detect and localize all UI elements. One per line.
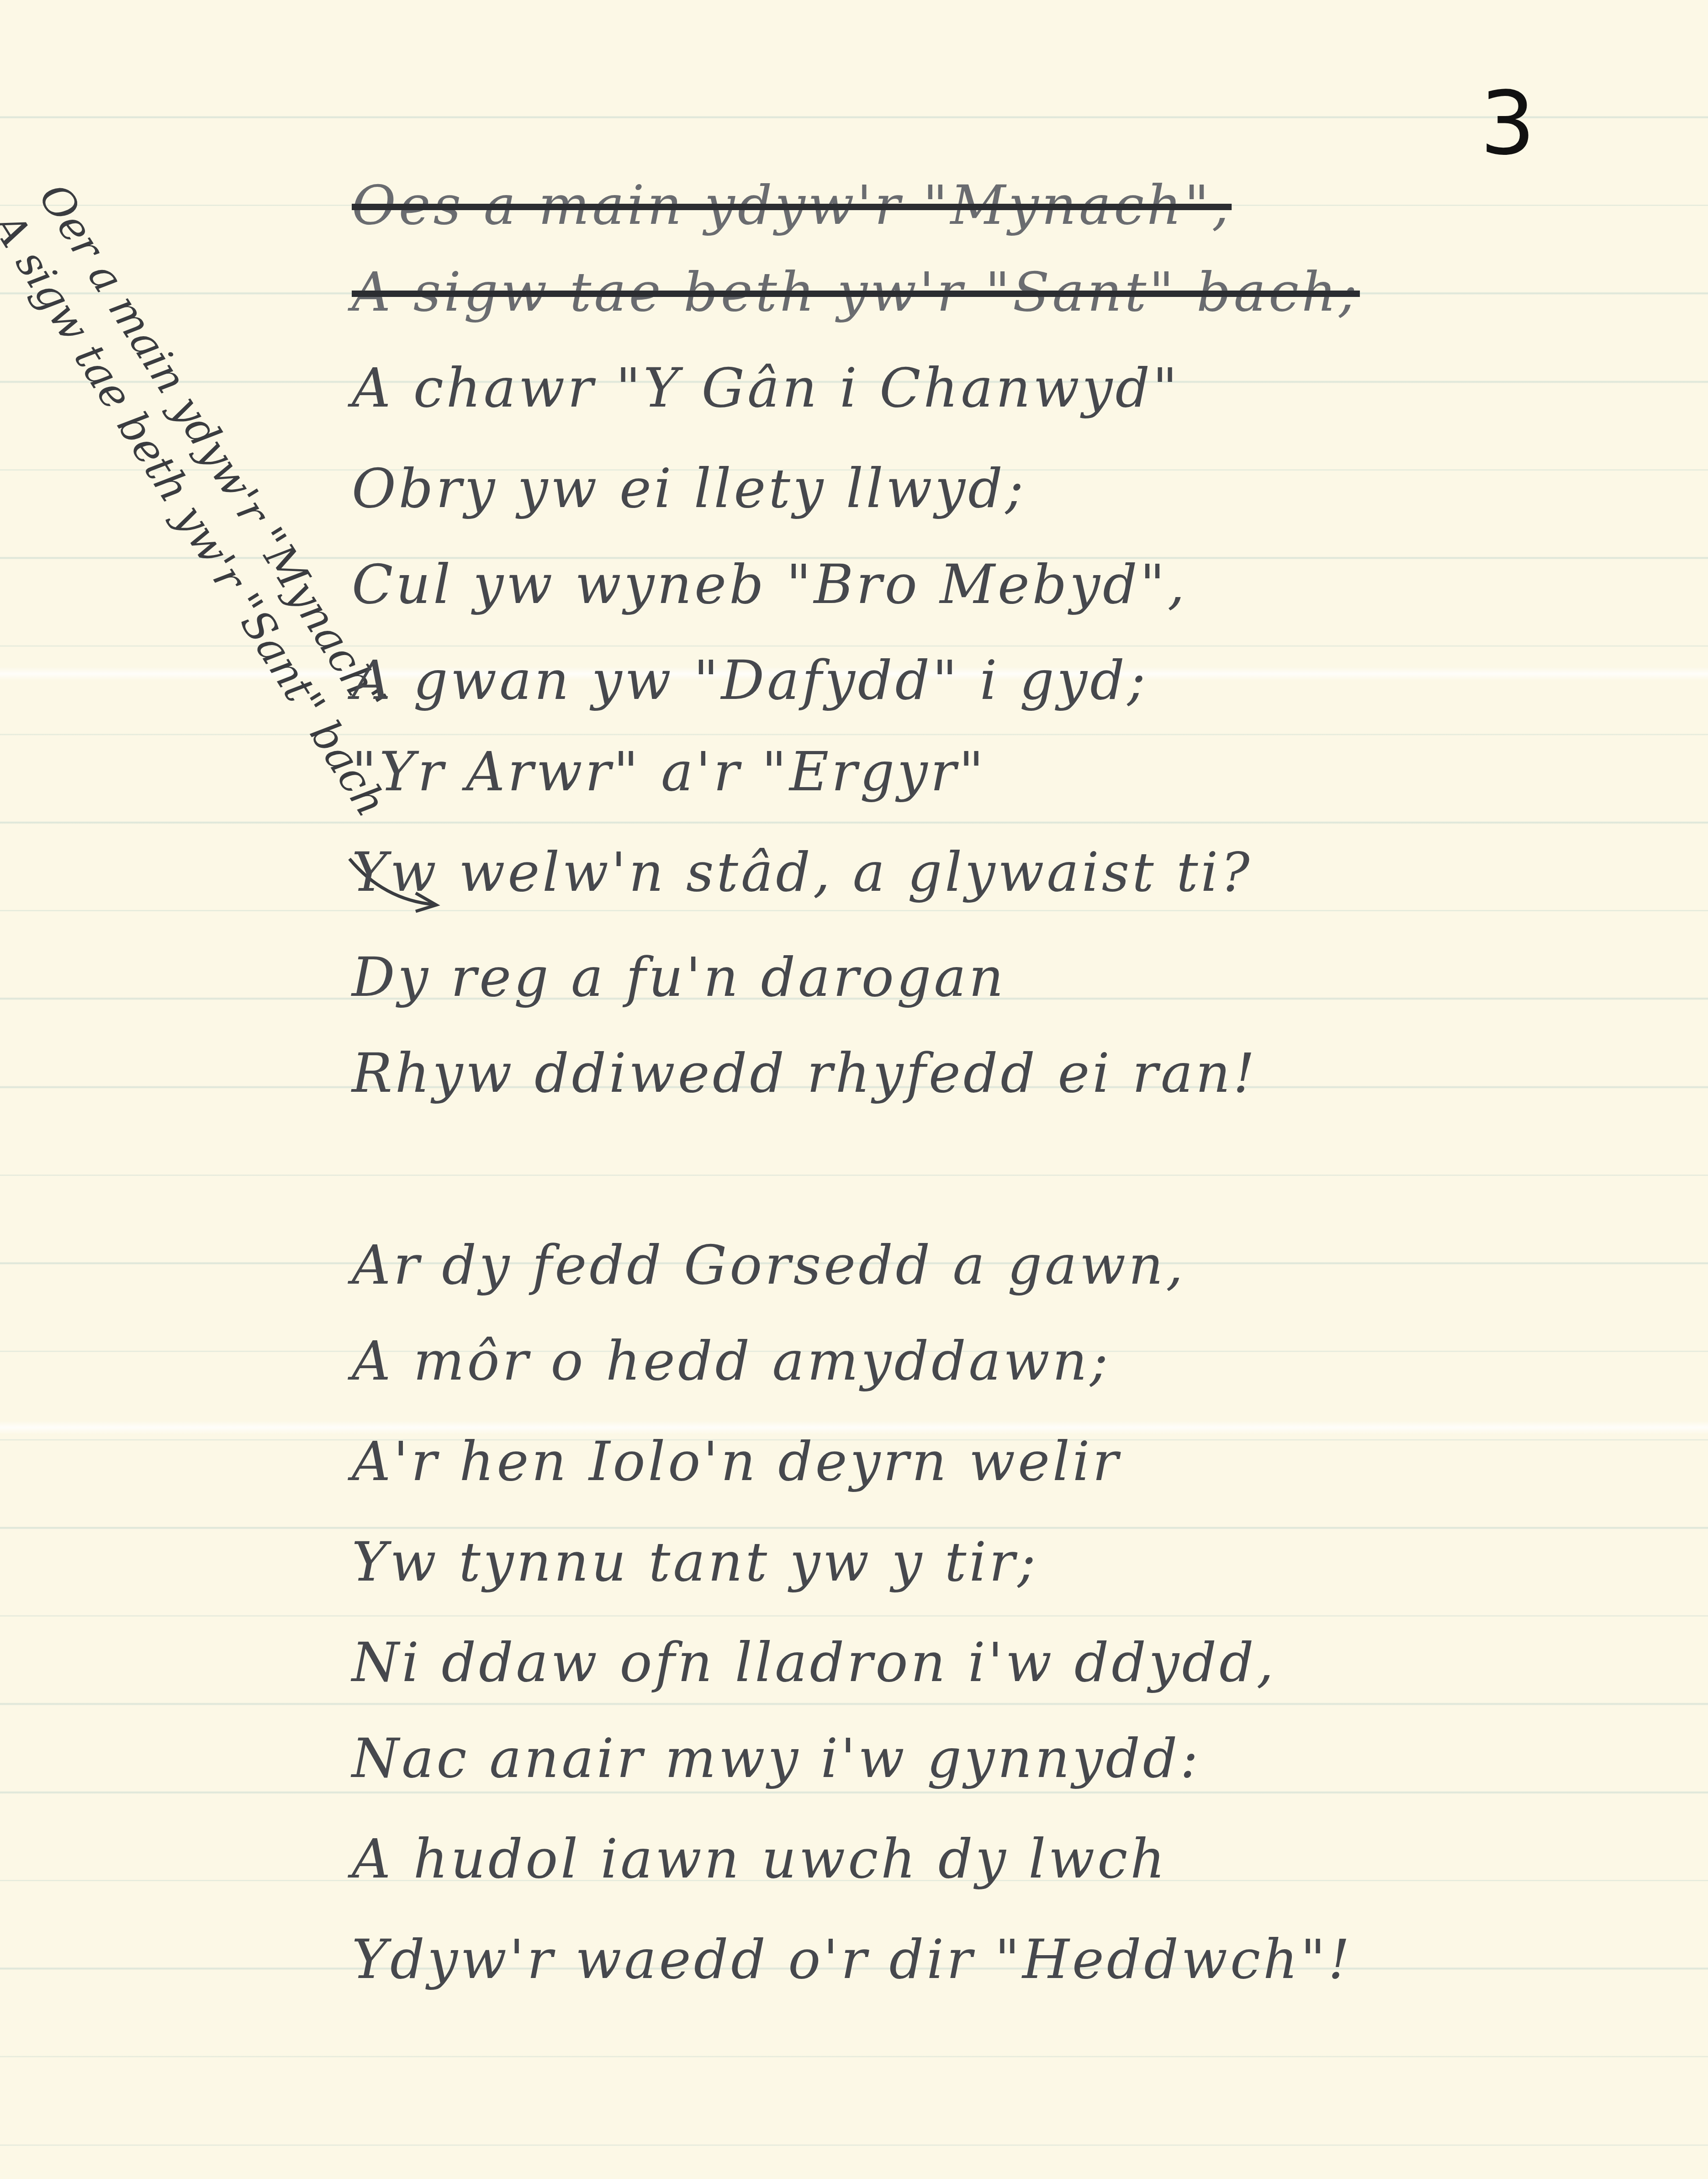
poem-line: Obry yw ei llety llwyd; xyxy=(352,457,1026,520)
poem-line: A chawr "Y Gân i Chanwyd" xyxy=(352,356,1180,419)
poem-line: Ydyw'r waedd o'r dir "Heddwch"! xyxy=(352,1928,1353,1991)
poem-line: Dy reg a fu'n darogan xyxy=(352,946,1006,1009)
poem-line-struck: Oes a main ydyw'r "Mynach", xyxy=(352,174,1232,237)
poem-line: Rhyw ddiwedd rhyfedd ei ran! xyxy=(352,1042,1258,1105)
margin-note-line: A sigw tae beth yw'r "Sant" bach xyxy=(0,203,398,827)
poem-line: Ar dy fedd Gorsedd a gawn, xyxy=(352,1233,1186,1296)
manuscript-page: 3 Oer a main ydyw'r "Mynach" A sigw tae … xyxy=(0,0,1708,2179)
poem-line: A'r hen Iolo'n deyrn welir xyxy=(352,1430,1121,1493)
poem-line: A môr o hedd amyddawn; xyxy=(352,1329,1111,1392)
poem-line: Nac anair mwy i'w gynnydd: xyxy=(352,1727,1201,1790)
poem-line: "Yr Arwr" a'r "Ergyr" xyxy=(352,740,986,803)
poem-line: Yw welw'n stâd, a glywaist ti? xyxy=(352,841,1253,904)
poem-line-struck: A sigw tae beth yw'r "Sant" bach; xyxy=(352,260,1360,323)
poem-line: A hudol iawn uwch dy lwch xyxy=(352,1827,1168,1890)
poem-line: Ni ddaw ofn lladron i'w ddydd, xyxy=(352,1631,1276,1694)
page-number: 3 xyxy=(1480,73,1535,174)
poem-line: A gwan yw "Dafydd" i gyd; xyxy=(352,649,1148,712)
poem-line: Cul yw wyneb "Bro Mebyd", xyxy=(352,553,1187,616)
poem-line: Yw tynnu tant yw y tir; xyxy=(352,1530,1038,1593)
